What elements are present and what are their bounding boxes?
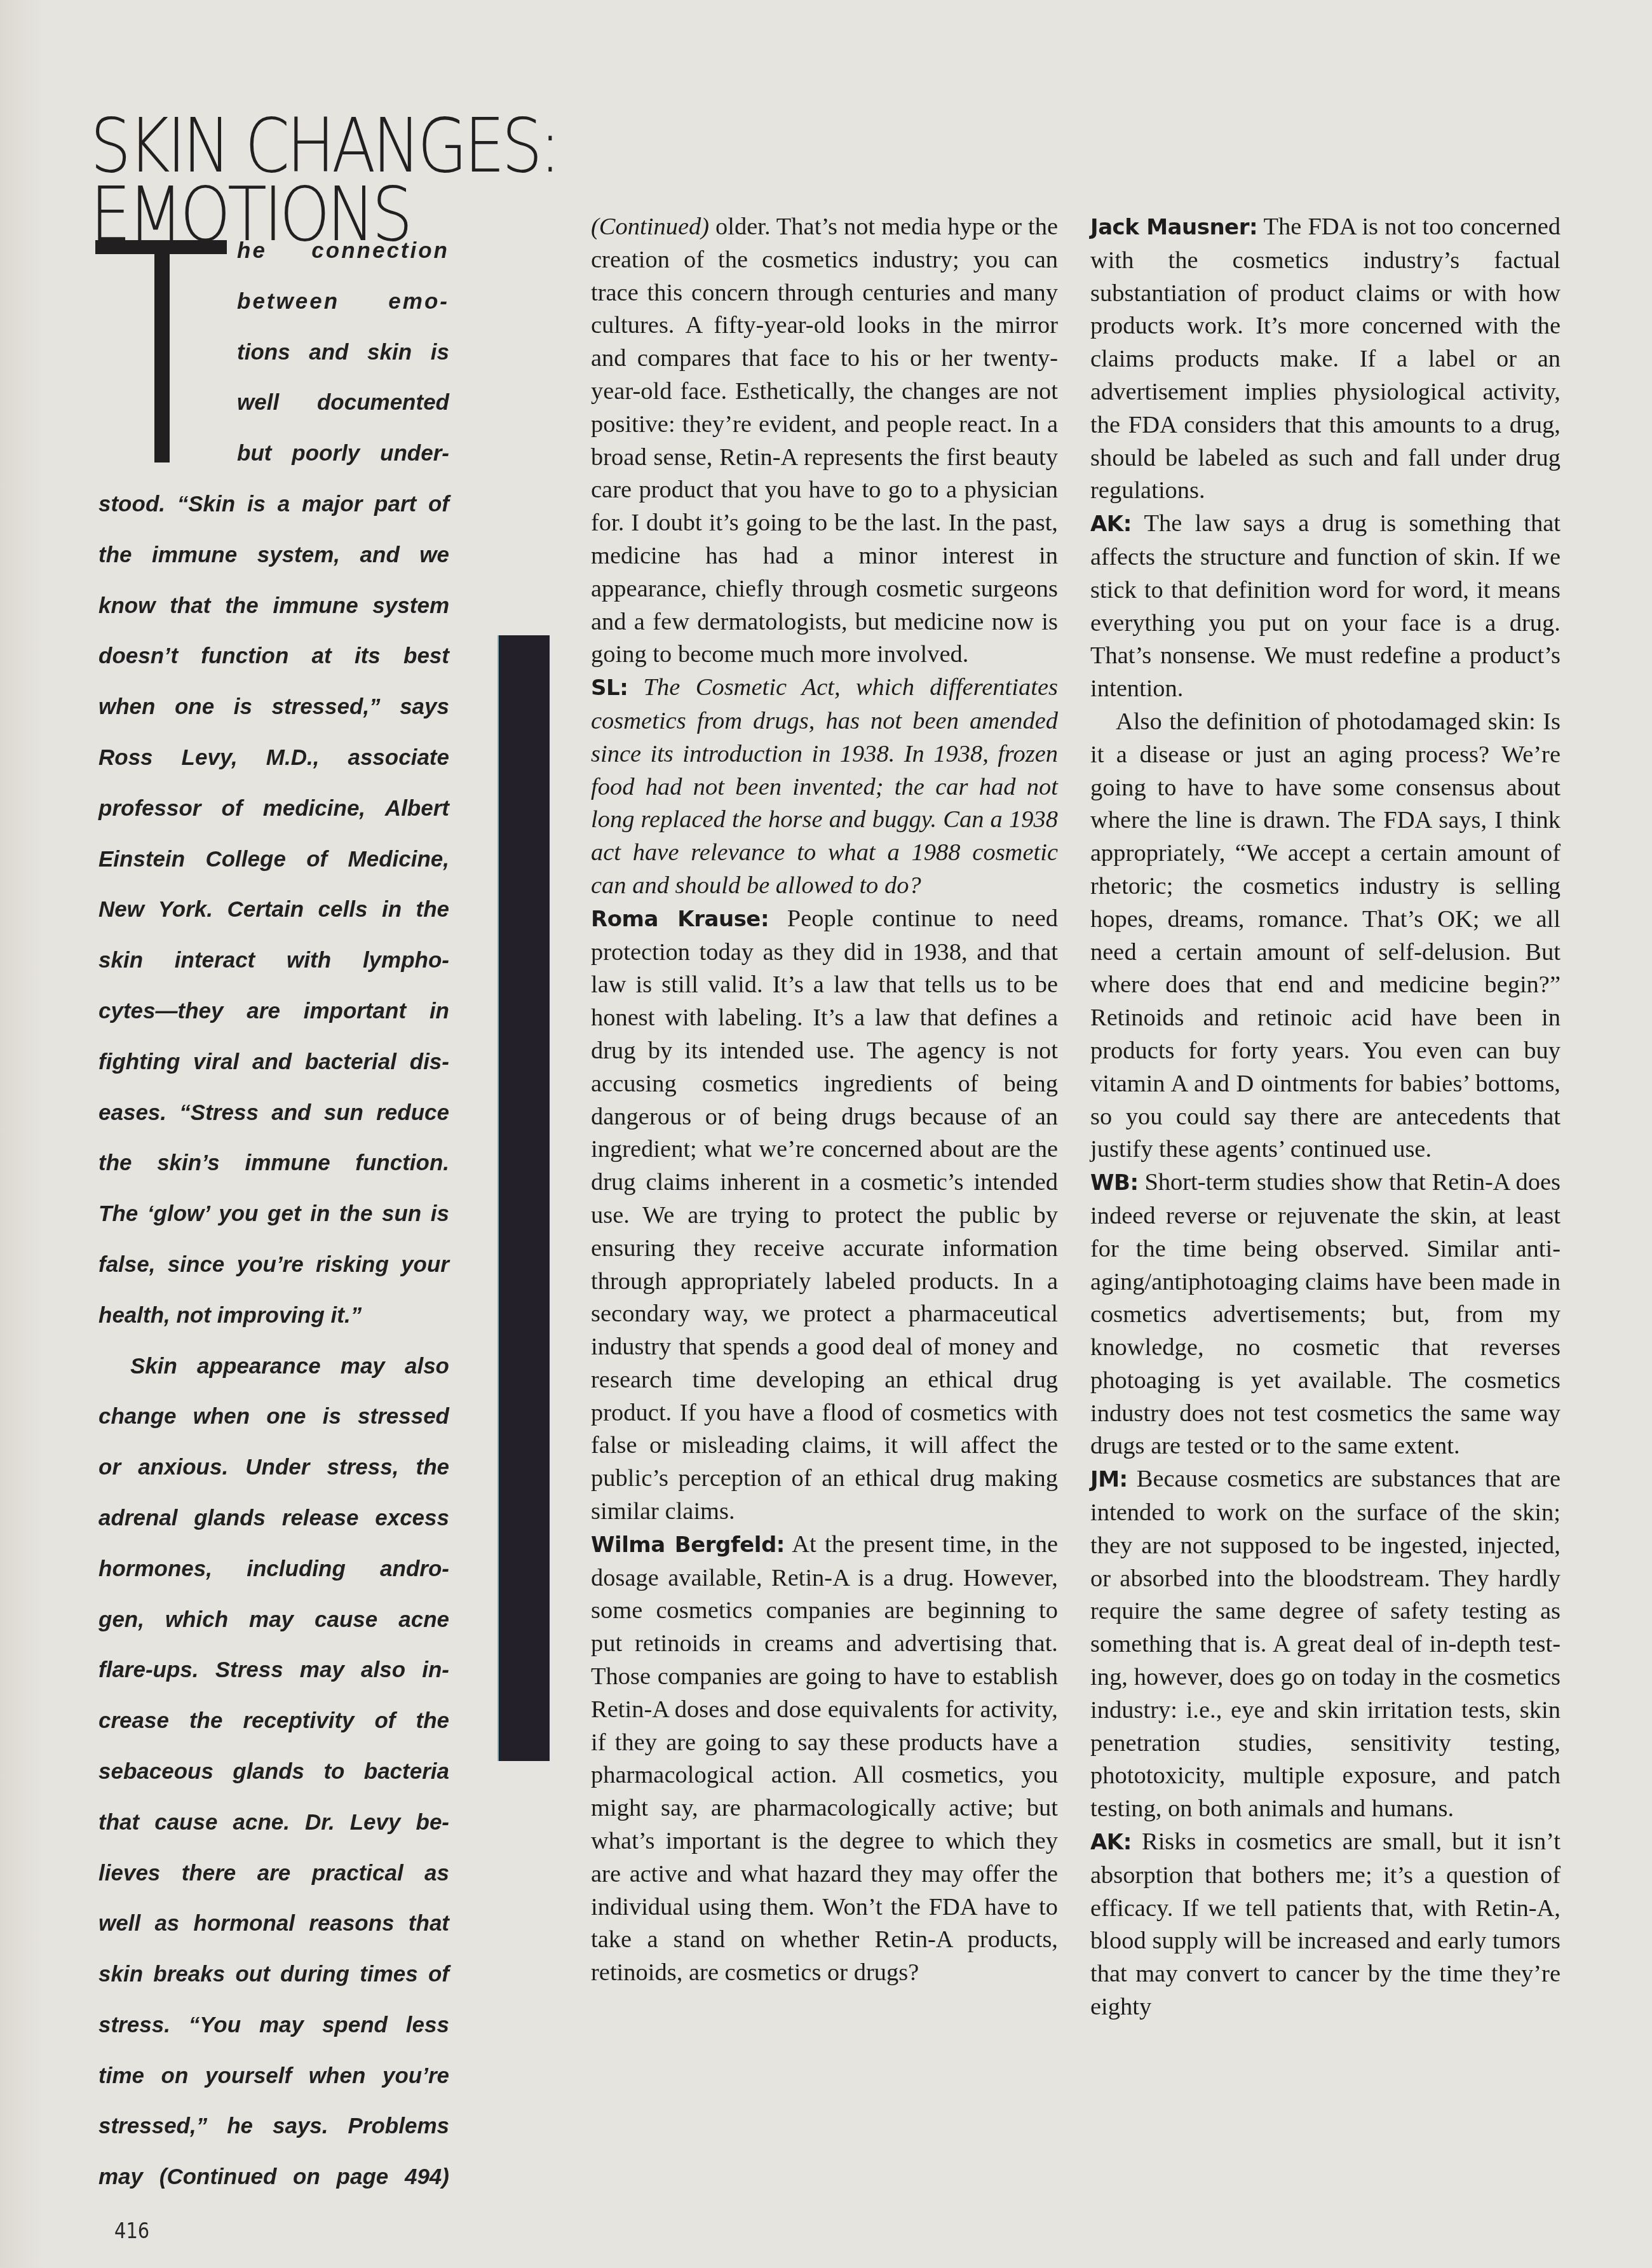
sidebar-line: he connection: [237, 226, 449, 276]
body-column-3: Jack Mausner: The FDA is not too concern…: [1090, 211, 1561, 2024]
continued-label: (Continued): [591, 213, 709, 240]
sidebar-line: adrenal glands release excess: [98, 1493, 449, 1544]
sidebar-line: but poorly under-: [237, 428, 449, 479]
sidebar-column: he connection between emo- tions and ski…: [98, 226, 449, 2203]
sidebar-line: the skin’s immune function.: [98, 1138, 449, 1189]
sidebar-line: or anxious. Under stress, the: [98, 1442, 449, 1493]
sidebar-line: hormones, including andro-: [98, 1544, 449, 1595]
sidebar-line: lieves there are practical as: [98, 1848, 449, 1899]
paragraph-ak: AK: The law says a drug is something tha…: [1090, 508, 1561, 706]
sidebar-line: gen, which may cause acne: [98, 1595, 449, 1645]
paragraph-roma-krause: Roma Krause: People continue to need pro…: [591, 903, 1058, 1529]
sidebar-line: stood. “Skin is a major part of: [98, 479, 449, 530]
sidebar-line: well as hormonal reasons that: [98, 1898, 449, 1949]
speaker-label: JM:: [1090, 1467, 1128, 1492]
page-gutter-shadow: [0, 0, 44, 2268]
paragraph-jack-mausner: Jack Mausner: The FDA is not too concern…: [1090, 211, 1561, 508]
paragraph-text: Risks in cosmetics are small, but it isn…: [1090, 1828, 1561, 2020]
sidebar-line: cytes—they are important in: [98, 986, 449, 1037]
page-number: 416: [114, 2218, 149, 2244]
paragraph-text: People continue to need protection today…: [591, 905, 1058, 1525]
sidebar-line: crease the receptivity of the: [98, 1696, 449, 1746]
sidebar-line: Skin appearance may also: [98, 1341, 449, 1392]
sidebar-lead: he connection between emo- tions and ski…: [237, 226, 449, 479]
paragraph-text: At the present time, in the dosage avail…: [591, 1531, 1058, 1986]
sidebar-paragraph-2: Skin appearance may also change when one…: [98, 1341, 449, 2203]
sidebar-line: between emo-: [237, 276, 449, 327]
sidebar-line: stressed,” he says. Problems: [98, 2101, 449, 2152]
paragraph-continued: (Continued) older. That’s not media hype…: [591, 211, 1058, 672]
speaker-label: Roma Krause:: [591, 907, 769, 932]
sidebar-line: change when one is stressed: [98, 1391, 449, 1442]
sidebar-line: Ross Levy, M.D., associate: [98, 732, 449, 783]
body-column-2: (Continued) older. That’s not media hype…: [591, 211, 1058, 1990]
paragraph-sl: SL: The Cosmetic Act, which differenti­a…: [591, 672, 1058, 903]
paragraph-text: older. That’s not media hype or the crea…: [591, 213, 1058, 668]
sidebar-line: skin breaks out during times of: [98, 1949, 449, 2000]
paragraph-text: The FDA is not too concerned with the co…: [1090, 213, 1561, 504]
sidebar-line: fighting viral and bacterial dis-: [98, 1037, 449, 1088]
sidebar-line: eases. “Stress and sun reduce: [98, 1088, 449, 1138]
paragraph-text: The law says a drug is something that af…: [1090, 510, 1561, 702]
paragraph-ak-2: AK: Risks in cosmetics are small, but it…: [1090, 1826, 1561, 2024]
sidebar-line: The ‘glow’ you get in the sun is: [98, 1189, 449, 1239]
sidebar-line: New York. Certain cells in the: [98, 884, 449, 935]
sidebar-line: flare-ups. Stress may also in-: [98, 1645, 449, 1696]
paragraph-text: Short-term studies show that Retin-A doe…: [1090, 1169, 1561, 1459]
sidebar-line: health, not improving it.”: [98, 1290, 449, 1341]
paragraph-wb: WB: Short-term studies show that Retin-A…: [1090, 1166, 1561, 1463]
paragraph-photodamaged: Also the definition of photodamaged skin…: [1090, 706, 1561, 1166]
paragraph-text: The Cosmetic Act, which differenti­ates …: [591, 674, 1058, 899]
sidebar-line: time on yourself when you’re: [98, 2051, 449, 2102]
paragraph-wilma-bergfeld: Wilma Bergfeld: At the present time, in …: [591, 1529, 1058, 1990]
sidebar-line: Einstein College of Medicine,: [98, 834, 449, 885]
sidebar-line: when one is stressed,” says: [98, 682, 449, 732]
sidebar-line: stress. “You may spend less: [98, 2000, 449, 2051]
sidebar-line: skin interact with lympho-: [98, 935, 449, 986]
sidebar-line: professor of medicine, Albert: [98, 783, 449, 834]
speaker-label: SL:: [591, 675, 628, 701]
sidebar-paragraph-1: stood. “Skin is a major part of the immu…: [98, 479, 449, 1341]
sidebar-line: know that the immune system: [98, 581, 449, 631]
sidebar-line: false, since you’re risking your: [98, 1239, 449, 1290]
sidebar-line: that cause acne. Dr. Levy be-: [98, 1797, 449, 1848]
sidebar-line: doesn’t function at its best: [98, 631, 449, 682]
sidebar-line: the immune system, and we: [98, 530, 449, 581]
speaker-label: Wilma Bergfeld:: [591, 1532, 785, 1558]
paragraph-jm: JM: Because cosmetics are substances tha…: [1090, 1463, 1561, 1826]
sidebar-line: well documented: [237, 377, 449, 428]
sidebar-line: may (Continued on page 494): [98, 2152, 449, 2203]
speaker-label: AK:: [1090, 511, 1132, 537]
sidebar-line: tions and skin is: [237, 327, 449, 378]
speaker-label: Jack Mausner:: [1090, 215, 1257, 240]
speaker-label: WB:: [1090, 1170, 1139, 1196]
paragraph-text: Because cosmetics are substances that ar…: [1090, 1466, 1561, 1822]
speaker-label: AK:: [1090, 1830, 1132, 1855]
title-line-1: SKIN CHANGES:: [90, 111, 558, 180]
decorative-vertical-bar: [499, 635, 550, 1761]
sidebar-line: sebaceous glands to bacteria: [98, 1746, 449, 1797]
